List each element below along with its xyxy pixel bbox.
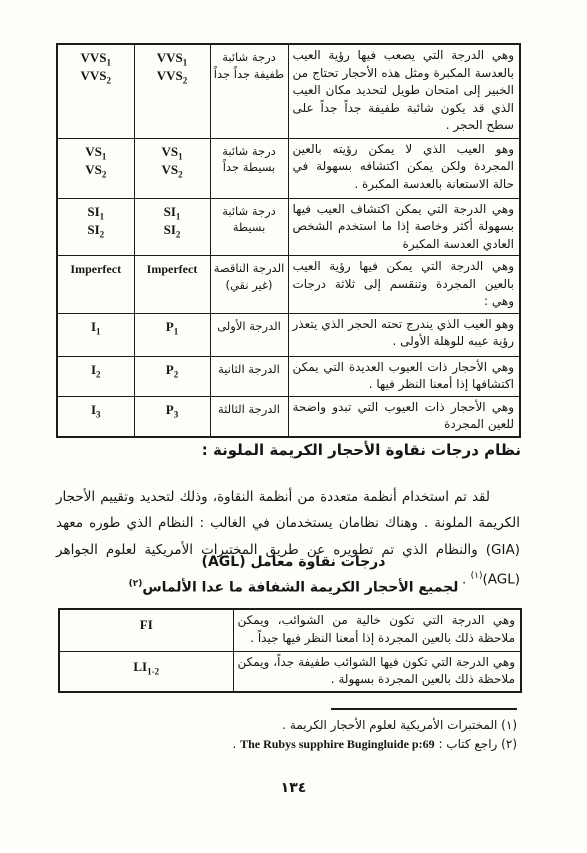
table-row: وهي الدرجة التي يصعب فيها رؤية العيب بال… xyxy=(57,44,520,138)
code-value: I2 xyxy=(59,361,133,379)
table-row: وهي الأحجار ذات العيوب التي تبدو واضحة ل… xyxy=(57,396,520,437)
code-value: VS2 xyxy=(59,161,133,179)
page-number: ١٣٤ xyxy=(0,780,587,796)
code-value: I3 xyxy=(59,401,133,419)
grade-description-cell: وهو العيب الذي يندرج تحته الحجر الذي يتع… xyxy=(288,313,520,356)
code-a-cell: VS1 VS2 xyxy=(57,138,134,198)
code-value: VS1 xyxy=(59,143,133,161)
grade-description-cell: وهي الدرجة التي يمكن فيها رؤية العيب بال… xyxy=(288,256,520,314)
footnote-book-title: The Rubys supphire Bugingluide p:69 xyxy=(240,737,435,751)
grade-name-cell: الدرجة الثالثة xyxy=(210,396,288,437)
code-a-cell: I1 xyxy=(57,313,134,356)
intro-text: لقد تم استخدام أنظمة متعددة من أنظمة الن… xyxy=(56,489,520,588)
code-value: SI1 xyxy=(136,203,209,221)
code-value: VVS2 xyxy=(136,67,209,85)
agl-code-cell: FI xyxy=(59,609,233,651)
footnote-divider xyxy=(331,708,517,710)
code-value: VVS2 xyxy=(59,67,133,85)
code-value: VS1 xyxy=(136,143,209,161)
book-page: وهي الدرجة التي يصعب فيها رؤية العيب بال… xyxy=(0,0,587,853)
table-row: وهي الدرجة التي يمكن فيها رؤية العيب بال… xyxy=(57,256,520,314)
grade-description-cell: وهي الدرجة التي تكون فيها الشوائب طفيفة … xyxy=(233,651,521,692)
footnote-marker: (١) xyxy=(501,718,517,732)
grade-description-cell: وهو العيب الذي لا يمكن رؤيته بالعين المج… xyxy=(288,138,520,198)
grade-name-cell: الدرجة الناقصة (غير نقي) xyxy=(210,256,288,314)
code-value: VS2 xyxy=(136,161,209,179)
code-value: P1 xyxy=(136,318,209,336)
footnote-2: (٢) راجع كتاب : The Rubys supphire Bugin… xyxy=(232,736,517,752)
footnote-text: راجع كتاب : xyxy=(438,737,497,751)
code-value: VVS1 xyxy=(136,49,209,67)
table-row: وهي الدرجة التي تكون فيها الشوائب طفيفة … xyxy=(59,651,521,692)
code-value: LI1-2 xyxy=(61,658,232,676)
code-b-cell: P3 xyxy=(134,396,210,437)
code-value: FI xyxy=(61,616,232,634)
footnote-tail: . xyxy=(232,737,240,751)
code-value: SI1 xyxy=(59,203,133,221)
grade-description-cell: وهي الأحجار ذات العيوب العديدة التي يمكن… xyxy=(288,356,520,396)
clarity-grades-table: وهي الدرجة التي يصعب فيها رؤية العيب بال… xyxy=(56,43,521,438)
grade-description-cell: وهي الدرجة التي تكون خالية من الشوائب، و… xyxy=(233,609,521,651)
footnote-1: (١) المختبرات الأمريكية لعلوم الأحجار ال… xyxy=(282,717,517,733)
code-a-cell: VVS1 VVS2 xyxy=(57,44,134,138)
code-b-cell: VS1 VS2 xyxy=(134,138,210,198)
grade-name-cell: الدرجة الثانية xyxy=(210,356,288,396)
code-value: I1 xyxy=(59,318,133,336)
agl-clarity-table: وهي الدرجة التي تكون خالية من الشوائب، و… xyxy=(58,608,522,693)
footnote-marker: (٢) xyxy=(501,737,517,751)
section-heading: نظام درجات نقاوة الأحجار الكريمة الملونة… xyxy=(202,441,521,459)
agl-code-cell: LI1-2 xyxy=(59,651,233,692)
grade-name-cell: درجة شائبة بسيطة جداً xyxy=(210,138,288,198)
footnote-ref-2: (٢) xyxy=(129,579,143,589)
grade-description-cell: وهي الدرجة التي يصعب فيها رؤية العيب بال… xyxy=(288,44,520,138)
code-value: P2 xyxy=(136,361,209,379)
code-value: SI2 xyxy=(136,221,209,239)
code-a-cell: Imperfect xyxy=(57,256,134,314)
table-row: وهو العيب الذي يندرج تحته الحجر الذي يتع… xyxy=(57,313,520,356)
grade-description-cell: وهي الأحجار ذات العيوب التي تبدو واضحة ل… xyxy=(288,396,520,437)
grade-name-cell: درجة شائبة طفيفة جداً جداً xyxy=(210,44,288,138)
table-row: وهي الدرجة التي يمكن اكتشاف العيب فيها ب… xyxy=(57,198,520,256)
table-row: وهو العيب الذي لا يمكن رؤيته بالعين المج… xyxy=(57,138,520,198)
code-value: Imperfect xyxy=(136,260,209,278)
grade-description-cell: وهي الدرجة التي يمكن اكتشاف العيب فيها ب… xyxy=(288,198,520,256)
code-a-cell: I3 xyxy=(57,396,134,437)
code-b-cell: Imperfect xyxy=(134,256,210,314)
code-b-cell: SI1 SI2 xyxy=(134,198,210,256)
agl-table-title: درجات نقاوة معامل (AGL) xyxy=(0,554,587,570)
agl-table-subtitle: لجميع الأحجار الكريمة الشفافة ما عدا الأ… xyxy=(0,579,587,596)
table-row: وهي الأحجار ذات العيوب العديدة التي يمكن… xyxy=(57,356,520,396)
code-b-cell: P1 xyxy=(134,313,210,356)
code-value: Imperfect xyxy=(59,260,133,278)
grade-name-cell: درجة شائبة بسيطة xyxy=(210,198,288,256)
code-a-cell: I2 xyxy=(57,356,134,396)
code-b-cell: P2 xyxy=(134,356,210,396)
intro-paragraph: لقد تم استخدام أنظمة متعددة من أنظمة الن… xyxy=(56,484,520,594)
code-value: SI2 xyxy=(59,221,133,239)
code-a-cell: SI1 SI2 xyxy=(57,198,134,256)
code-b-cell: VVS1 VVS2 xyxy=(134,44,210,138)
table-row: وهي الدرجة التي تكون خالية من الشوائب، و… xyxy=(59,609,521,651)
code-value: P3 xyxy=(136,401,209,419)
code-value: VVS1 xyxy=(59,49,133,67)
grade-name-cell: الدرجة الأولى xyxy=(210,313,288,356)
footnote-text: المختبرات الأمريكية لعلوم الأحجار الكريم… xyxy=(282,718,497,732)
